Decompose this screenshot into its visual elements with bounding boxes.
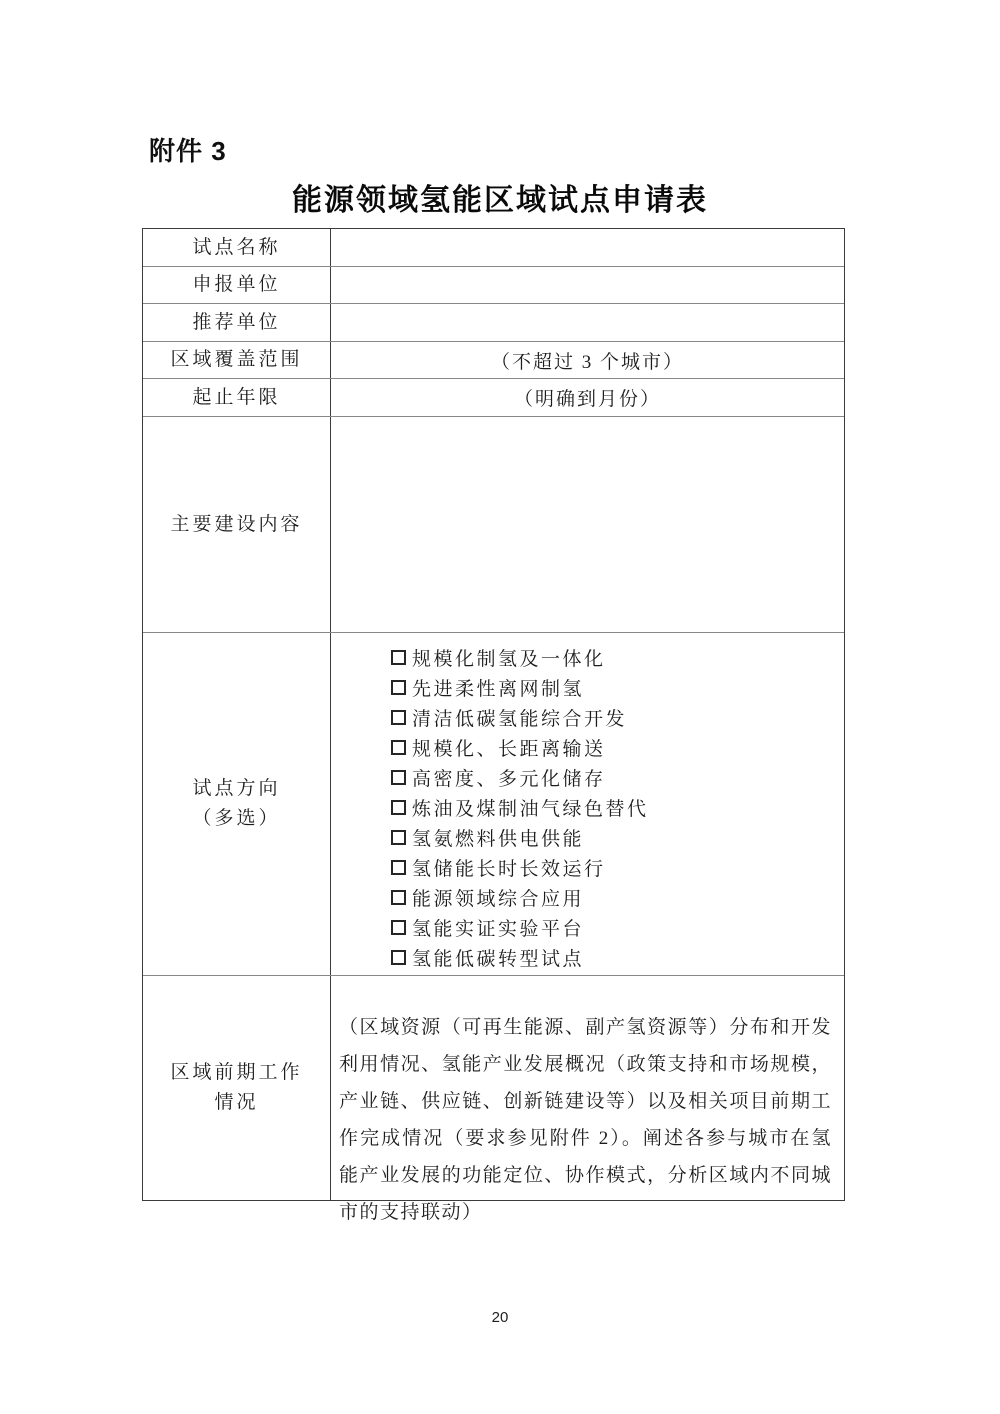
checkbox-unchecked-icon <box>391 920 406 935</box>
row-label-time-span: 起止年限 <box>143 379 331 416</box>
checkbox-unchecked-icon <box>391 950 406 965</box>
pilot-direction-option: 氢储能长时长效运行 <box>391 852 844 882</box>
option-label: 规模化制氢及一体化 <box>412 644 606 671</box>
pilot-direction-option: 能源领域综合应用 <box>391 882 844 912</box>
row-label-prework: 区域前期工作 情况 <box>143 976 331 1200</box>
row-value-pilot-name <box>331 229 844 266</box>
row-value-coverage-area: （不超过 3 个城市） <box>331 342 844 378</box>
checkbox-unchecked-icon <box>391 710 406 725</box>
row-label-recommending-unit: 推荐单位 <box>143 304 331 341</box>
table-row-recommending-unit: 推荐单位 <box>143 304 844 342</box>
table-row-main-construction: 主要建设内容 <box>143 417 844 633</box>
row-value-recommending-unit <box>331 304 844 341</box>
pilot-direction-option: 规模化、长距离输送 <box>391 732 844 762</box>
checkbox-unchecked-icon <box>391 890 406 905</box>
row-value-applicant-unit <box>331 267 844 303</box>
option-label: 氢能实证实验平台 <box>412 914 584 941</box>
attachment-label: 附件 3 <box>149 131 227 168</box>
option-label: 炼油及煤制油气绿色替代 <box>412 794 649 821</box>
checkbox-unchecked-icon <box>391 830 406 845</box>
checkbox-unchecked-icon <box>391 740 406 755</box>
option-label: 能源领域综合应用 <box>412 884 584 911</box>
option-label: 清洁低碳氢能综合开发 <box>412 704 627 731</box>
checkbox-unchecked-icon <box>391 860 406 875</box>
option-label: 氢能低碳转型试点 <box>412 944 584 971</box>
row-value-main-construction <box>331 417 844 632</box>
pilot-direction-option: 炼油及煤制油气绿色替代 <box>391 792 844 822</box>
table-row-pilot-direction: 试点方向 （多选） 规模化制氢及一体化 先进柔性离网制氢 清洁低碳氢能综合开发 <box>143 633 844 976</box>
pilot-direction-option: 高密度、多元化储存 <box>391 762 844 792</box>
row-value-prework: （区域资源（可再生能源、副产氢资源等）分布和开发利用情况、氢能产业发展概况（政策… <box>331 976 844 1200</box>
row-label-applicant-unit: 申报单位 <box>143 267 331 303</box>
row-label-coverage-area: 区域覆盖范围 <box>143 342 331 378</box>
table-row-time-span: 起止年限 （明确到月份） <box>143 379 844 417</box>
pilot-direction-option: 清洁低碳氢能综合开发 <box>391 702 844 732</box>
row-label-pilot-name: 试点名称 <box>143 229 331 266</box>
checkbox-unchecked-icon <box>391 770 406 785</box>
checkbox-unchecked-icon <box>391 680 406 695</box>
pilot-direction-label-line1: 试点方向 <box>192 774 280 804</box>
pilot-direction-option: 氢能低碳转型试点 <box>391 942 844 972</box>
document-page: 附件 3 能源领域氢能区域试点申请表 试点名称 申报单位 推荐单位 区域覆盖范围… <box>0 0 1000 1414</box>
table-row-applicant-unit: 申报单位 <box>143 267 844 304</box>
option-label: 先进柔性离网制氢 <box>412 674 584 701</box>
pilot-direction-options: 规模化制氢及一体化 先进柔性离网制氢 清洁低碳氢能综合开发 规模化、长距离输送 … <box>331 633 844 975</box>
option-label: 氢储能长时长效运行 <box>412 854 606 881</box>
row-value-time-span: （明确到月份） <box>331 379 844 416</box>
checkbox-unchecked-icon <box>391 650 406 665</box>
row-label-main-construction: 主要建设内容 <box>143 417 331 632</box>
row-label-pilot-direction: 试点方向 （多选） <box>143 633 331 975</box>
option-label: 氢氨燃料供电供能 <box>412 824 584 851</box>
pilot-direction-label-line2: （多选） <box>192 804 280 834</box>
option-label: 高密度、多元化储存 <box>412 764 606 791</box>
checkbox-unchecked-icon <box>391 800 406 815</box>
option-label: 规模化、长距离输送 <box>412 734 606 761</box>
page-number: 20 <box>0 1309 1000 1326</box>
pilot-direction-option: 氢氨燃料供电供能 <box>391 822 844 852</box>
table-row-coverage-area: 区域覆盖范围 （不超过 3 个城市） <box>143 342 844 379</box>
pilot-direction-option: 规模化制氢及一体化 <box>391 642 844 672</box>
table-row-prework: 区域前期工作 情况 （区域资源（可再生能源、副产氢资源等）分布和开发利用情况、氢… <box>143 976 844 1200</box>
prework-label-line2: 情况 <box>214 1088 258 1118</box>
page-title: 能源领域氢能区域试点申请表 <box>0 175 1000 219</box>
application-form-table: 试点名称 申报单位 推荐单位 区域覆盖范围 （不超过 3 个城市） 起止年限 （… <box>142 228 845 1201</box>
table-row-pilot-name: 试点名称 <box>143 229 844 267</box>
pilot-direction-option: 先进柔性离网制氢 <box>391 672 844 702</box>
prework-label-line1: 区域前期工作 <box>170 1058 302 1088</box>
pilot-direction-option: 氢能实证实验平台 <box>391 912 844 942</box>
